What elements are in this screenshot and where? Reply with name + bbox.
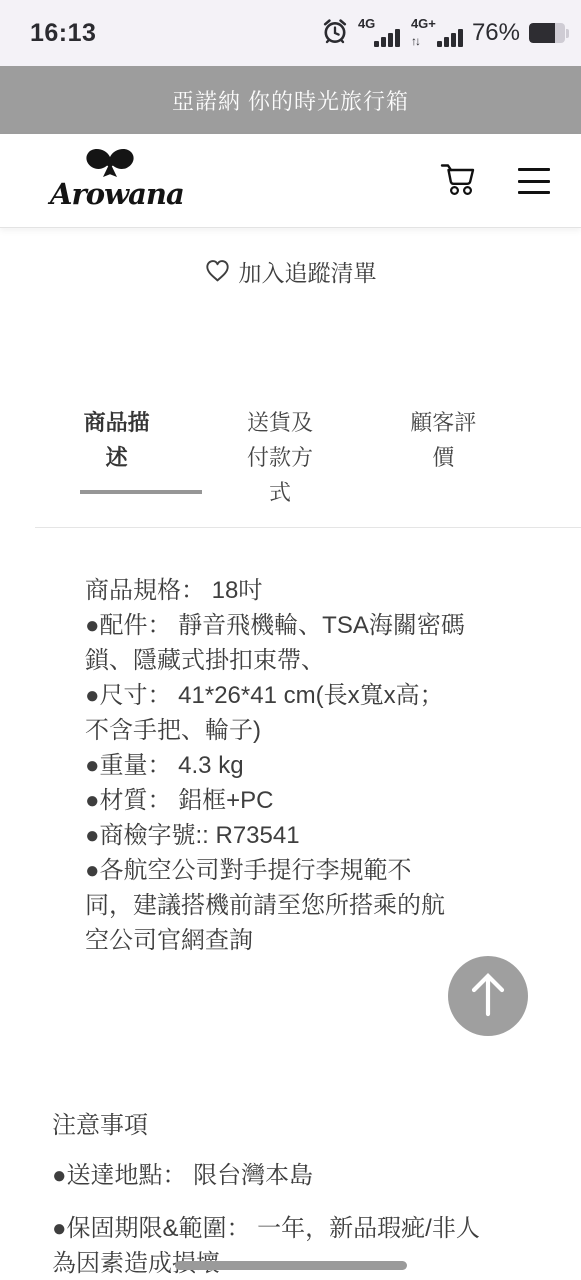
scrollbar[interactable] bbox=[175, 1261, 407, 1270]
product-description: 商品規格： 18吋 ●配件： 靜音飛機輪、TSA海關密碼 鎖、隱藏式掛扣束帶、 … bbox=[85, 573, 555, 958]
status-icons: 4G 4G+ ↑↓ 76% bbox=[321, 17, 569, 50]
weight-line: ●重量： 4.3 kg bbox=[85, 748, 555, 783]
cart-icon[interactable] bbox=[438, 159, 478, 204]
delivery-note: ●送達地點： 限台灣本島 bbox=[52, 1158, 552, 1193]
signal-4gplus-icon: 4G+ ↑↓ bbox=[411, 17, 463, 49]
battery-percent: 76% bbox=[472, 19, 520, 47]
accessories-line: ●配件： 靜音飛機輪、TSA海關密碼 bbox=[85, 608, 555, 643]
signal-4g-icon: 4G bbox=[358, 17, 402, 49]
accessories-line-2: 鎖、隱藏式掛扣束帶、 bbox=[85, 643, 555, 678]
tab-product-description[interactable]: 商品描述 bbox=[80, 405, 154, 494]
tab-customer-reviews[interactable]: 顧客評價 bbox=[406, 405, 480, 475]
tab-shipping-payment[interactable]: 送貨及付款方式 bbox=[243, 405, 317, 510]
airline-note-line-3: 空公司官網查詢 bbox=[85, 923, 555, 958]
page-title: 亞諾納 你的時光旅行箱 bbox=[172, 85, 409, 116]
brand-logo-text: Arowana bbox=[50, 180, 170, 209]
size-line-2: 不含手把、輪子) bbox=[85, 713, 555, 748]
airline-note-line-2: 同，建議搭機前請至您所搭乘的航 bbox=[85, 888, 555, 923]
airline-note-line: ●各航空公司對手提行李規範不 bbox=[85, 853, 555, 888]
header-actions bbox=[438, 134, 550, 228]
notes-heading: 注意事項 bbox=[52, 1108, 552, 1143]
spec-line: 商品規格： 18吋 bbox=[85, 573, 555, 608]
size-line: ●尺寸： 41*26*41 cm(長x寬x高； bbox=[85, 678, 555, 713]
mobile-screen: 16:13 4G 4G+ ↑↓ bbox=[0, 0, 581, 1280]
browser-title-banner: 亞諾納 你的時光旅行箱 bbox=[0, 66, 581, 134]
brand-logo[interactable]: Arowana bbox=[50, 146, 170, 209]
clock-time: 16:13 bbox=[30, 19, 96, 48]
menu-icon[interactable] bbox=[518, 168, 550, 194]
arrow-up-icon bbox=[465, 969, 511, 1024]
product-tabs: 商品描述 送貨及付款方式 顧客評價 bbox=[35, 405, 525, 510]
updown-arrows-icon: ↑↓ bbox=[411, 34, 419, 48]
bow-logo-icon bbox=[79, 146, 141, 180]
heart-icon bbox=[205, 259, 230, 288]
warranty-note: ●保固期限&範圍： 一年，新品瑕疵/非人 bbox=[52, 1211, 552, 1246]
back-to-top-button[interactable] bbox=[448, 956, 528, 1036]
divider bbox=[35, 527, 581, 528]
active-tab-underline bbox=[80, 490, 202, 494]
inspection-number-line: ●商檢字號:: R73541 bbox=[85, 818, 555, 853]
add-to-wishlist-button[interactable]: 加入追蹤清單 bbox=[0, 256, 581, 291]
site-header: Arowana bbox=[0, 134, 581, 228]
wishlist-label: 加入追蹤清單 bbox=[239, 256, 377, 291]
notes-section: 注意事項 ●送達地點： 限台灣本島 ●保固期限&範圍： 一年，新品瑕疵/非人 為… bbox=[52, 1108, 552, 1280]
material-line: ●材質： 鋁框+PC bbox=[85, 783, 555, 818]
alarm-clock-icon bbox=[321, 17, 349, 50]
status-bar: 16:13 4G 4G+ ↑↓ bbox=[0, 0, 581, 66]
battery-icon bbox=[529, 23, 569, 43]
